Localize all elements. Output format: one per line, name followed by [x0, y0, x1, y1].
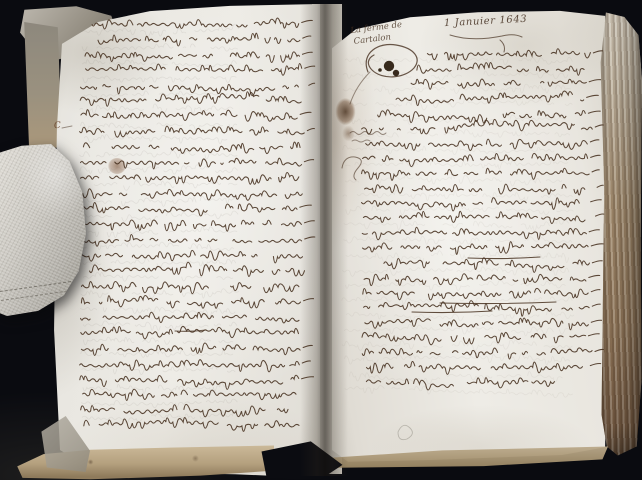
- handwriting-layer: [0, 0, 642, 480]
- handwriting-right-page: [362, 49, 604, 390]
- ink-blot: [393, 70, 399, 76]
- cloth-weight: [0, 144, 88, 318]
- cloth-hem-stitching: [0, 281, 72, 301]
- ink-blot: [384, 61, 394, 71]
- handwriting-left-page: [80, 18, 315, 431]
- ink-blot: [378, 68, 382, 72]
- cloth-fabric: [0, 144, 86, 316]
- archival-photo-open-manuscript: 1 Januier 1643 La ferme de Cartalon C: [0, 0, 642, 480]
- showthrough-right-page: [342, 57, 574, 397]
- left-margin-mark: C: [54, 121, 62, 131]
